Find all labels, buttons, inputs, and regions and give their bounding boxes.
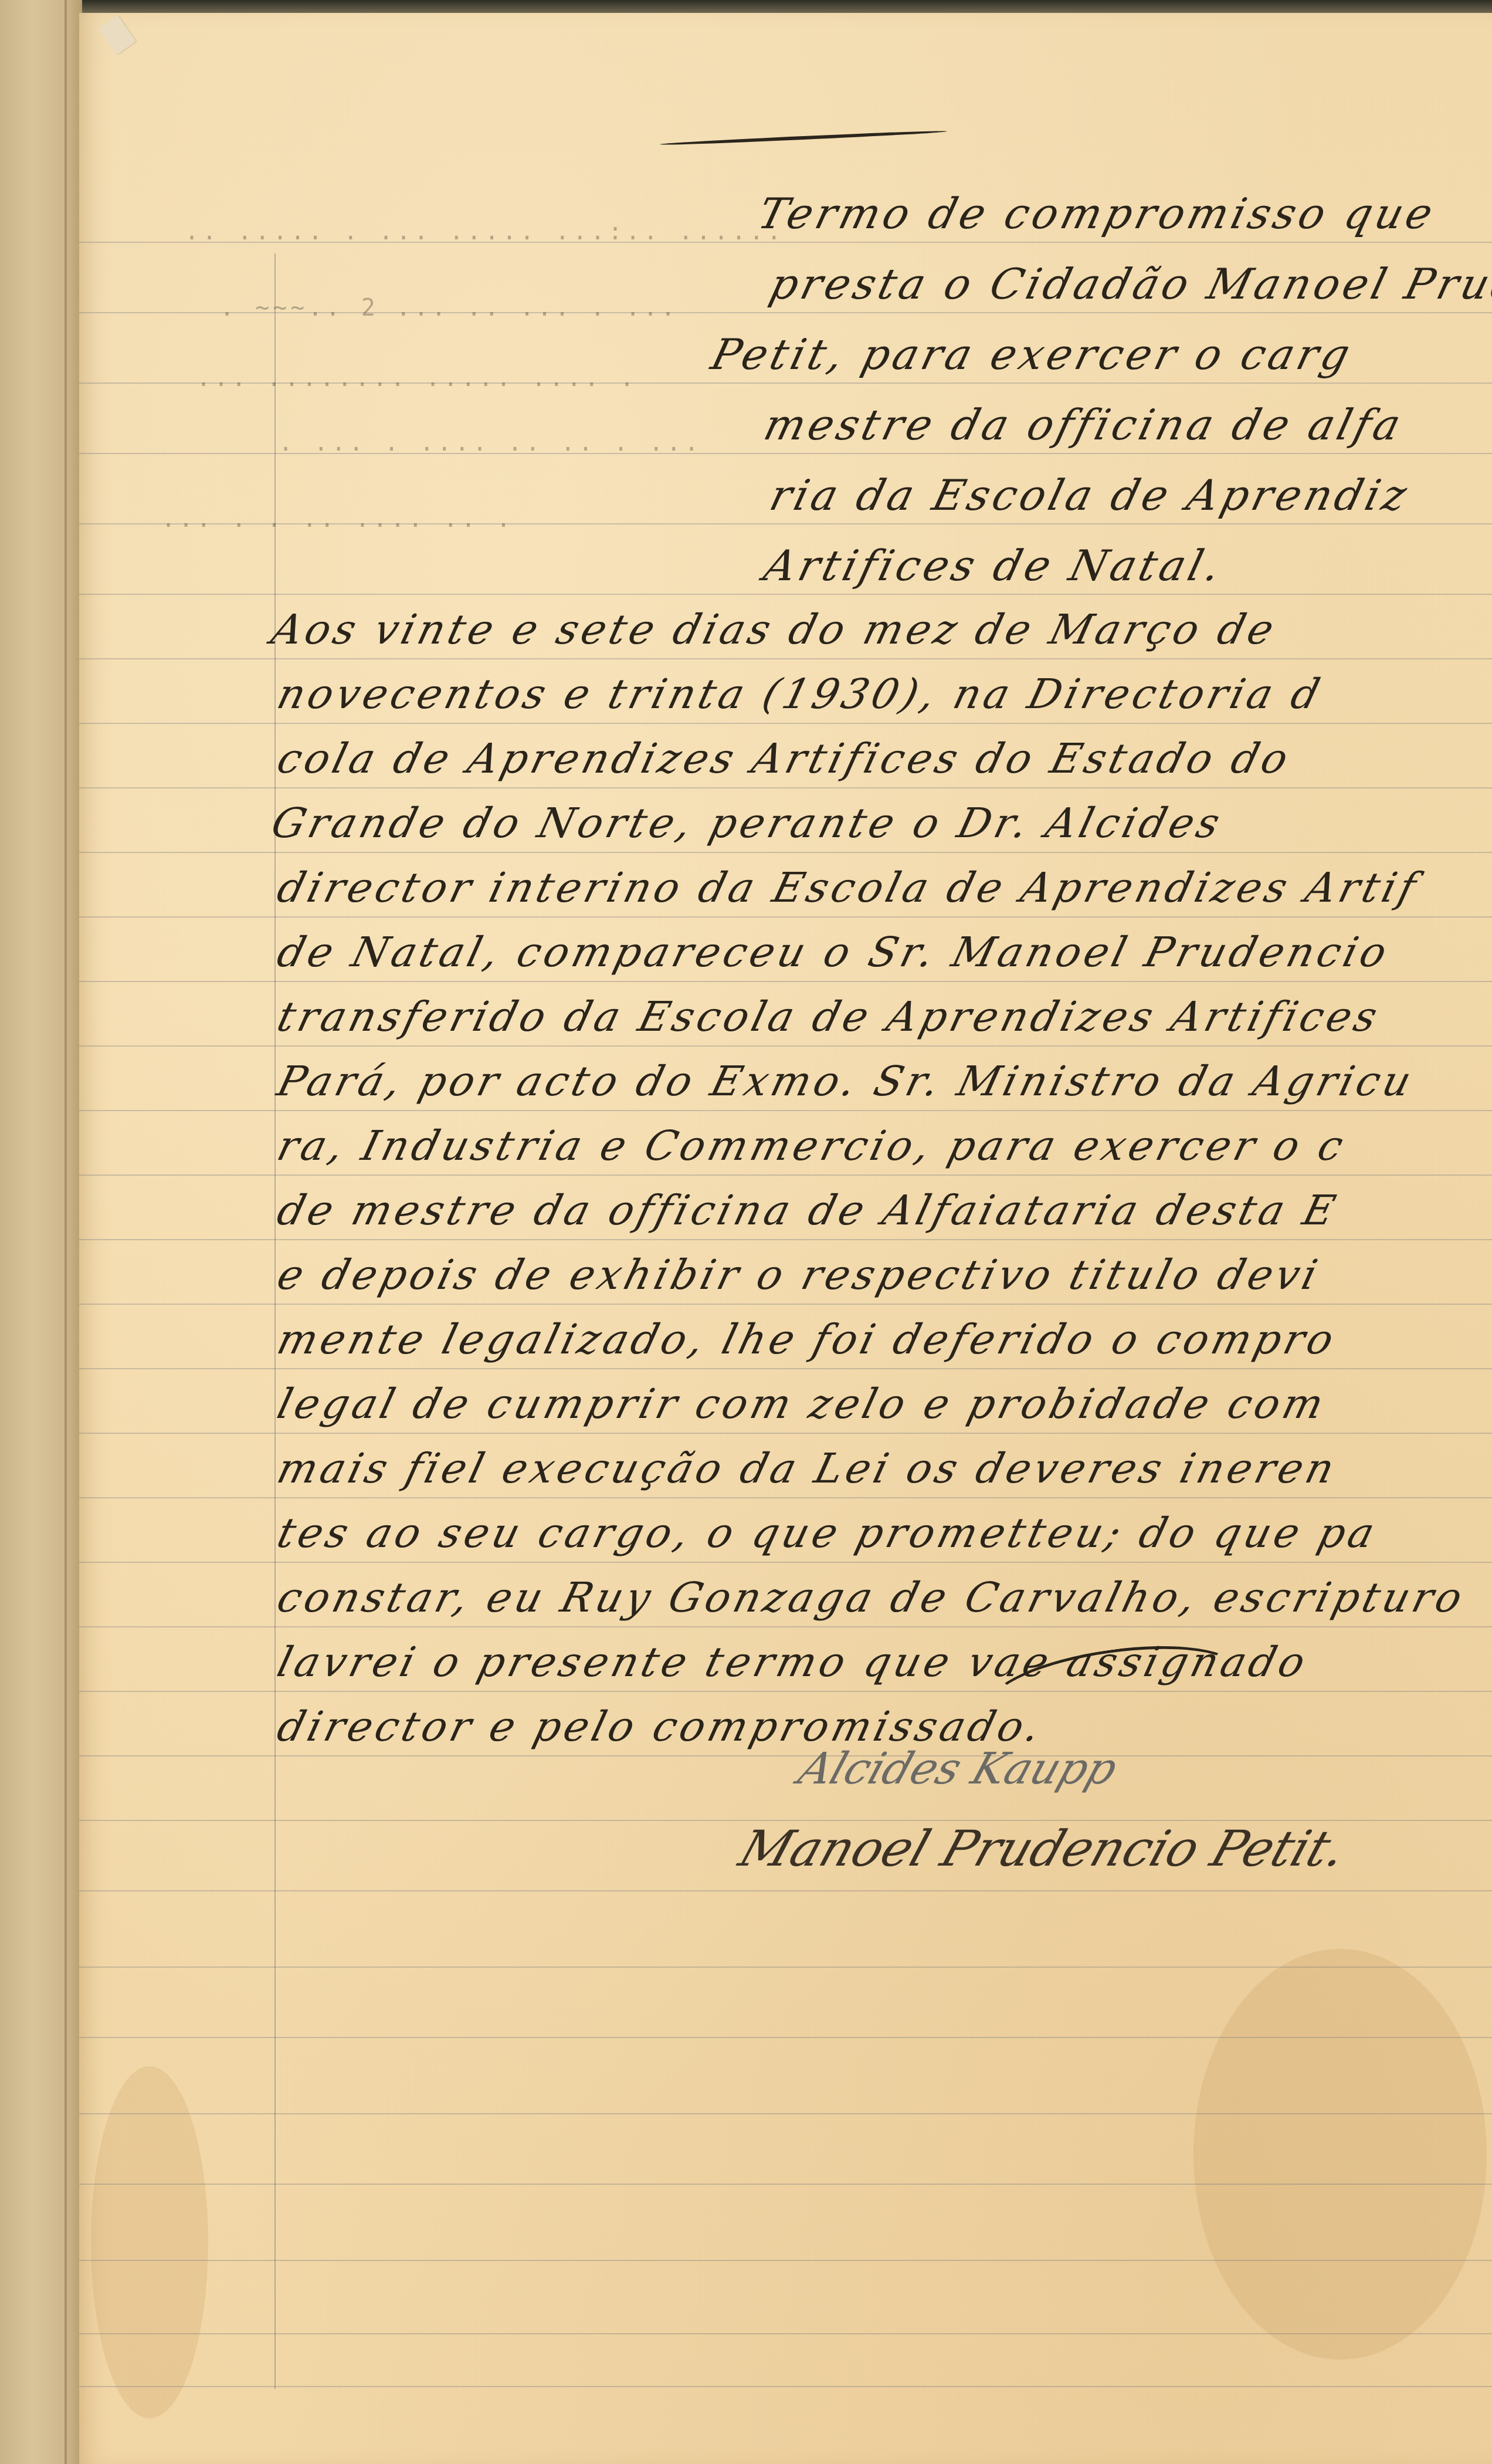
heading-line: Termo de compromisso que	[754, 189, 1442, 238]
body-line: legal de cumprir com zelo e probidade co…	[273, 1380, 1332, 1428]
left-margin-rule	[274, 253, 276, 2389]
bleed-through-text: . ... . .... .. .. . ...	[279, 429, 702, 456]
bleed-through-text: .. ..... . ... ..... ...:.. ......	[185, 218, 785, 245]
body-line: transferido da Escola de Aprendizes Arti…	[273, 993, 1386, 1041]
heading-line: Artifices de Natal.	[759, 541, 1229, 590]
bleed-through-text: ... . . .. .... .. .	[161, 506, 514, 533]
body-line: mente legalizado, lhe foi deferido o com…	[273, 1315, 1342, 1363]
body-line: de mestre da officina de Alfaiataria des…	[273, 1186, 1344, 1234]
committed-signature: Manoel Prudencio Petit.	[733, 1820, 1354, 1877]
paper-stain	[1193, 1949, 1487, 2360]
bleed-through-text: ... ........ ..... .... .	[196, 365, 638, 392]
heading-line: presta o Cidadão Manoel Prud	[765, 259, 1492, 309]
body-line: cola de Aprendizes Artifices do Estado d…	[273, 735, 1297, 783]
body-line: Pará, por acto do Exmo. Sr. Ministro da …	[273, 1057, 1420, 1105]
body-line: tes ao seu cargo, o que prometteu; do qu…	[273, 1509, 1383, 1557]
paper-stain	[91, 2066, 208, 2418]
body-line: ra, Industria e Commercio, para exercer …	[273, 1122, 1352, 1170]
body-line: mais fiel execução da Lei os deveres ine…	[273, 1444, 1342, 1492]
scanner-top-edge	[0, 0, 1492, 13]
body-line: Aos vinte e sete dias do mez de Março de	[267, 605, 1282, 654]
director-signature: Alcides Kaupp	[792, 1744, 1124, 1794]
binding-edge	[65, 0, 67, 2464]
ledger-page: .. ..... . ... ..... ...:.. ...... . ~~~…	[79, 13, 1492, 2464]
body-line: Grande do Norte, perante o Dr. Alcides	[267, 799, 1228, 847]
heading-line: ria da Escola de Aprendiz	[765, 471, 1415, 520]
torn-corner	[99, 15, 136, 55]
heading-line: Petit, para exercer o carg	[707, 330, 1358, 379]
body-line: constar, eu Ruy Gonzaga de Carvalho, esc…	[273, 1573, 1471, 1622]
body-line: director interino da Escola de Aprendize…	[273, 864, 1425, 912]
bleed-through-text: . ~~~.. 2 ... .. ... . ...	[220, 295, 679, 321]
book-binding	[0, 0, 82, 2464]
heading-line: mestre da officina de alfa	[759, 400, 1409, 449]
heading-flourish	[660, 130, 947, 146]
body-line: novecentos e trinta (1930), na Directori…	[273, 670, 1328, 718]
body-line: de Natal, compareceu o Sr. Manoel Pruden…	[273, 928, 1395, 976]
body-line: e depois de exhibir o respectivo titulo …	[273, 1251, 1325, 1299]
